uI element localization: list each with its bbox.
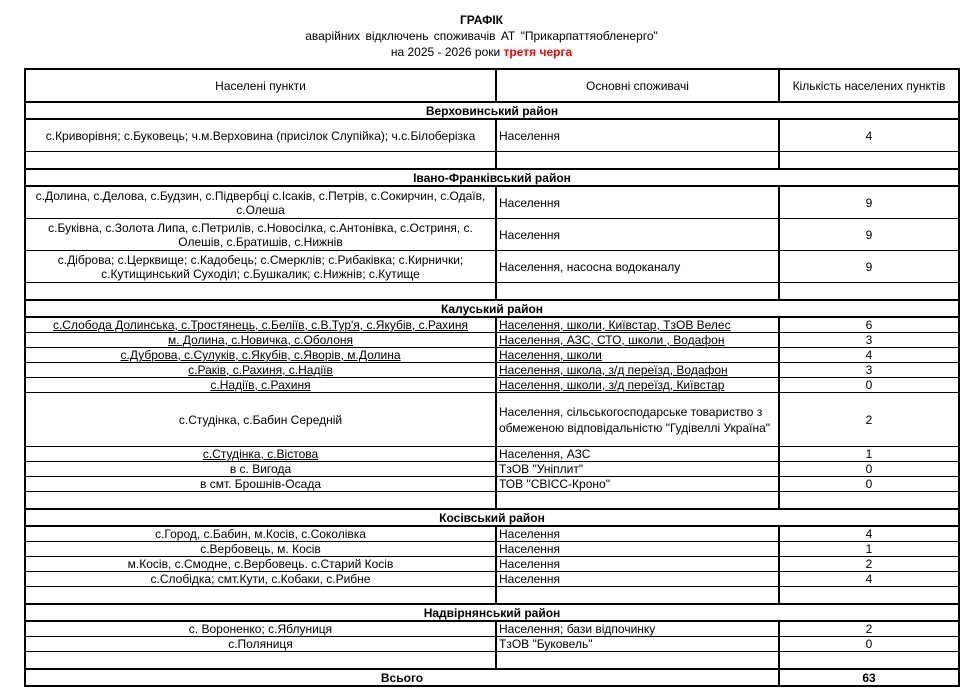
spacer-row (25, 587, 959, 605)
total-row: Всього 63 (25, 669, 959, 686)
settlements-cell: в смт. Брошнів-Осада (25, 477, 496, 492)
consumers-cell: Населення, АЗС (496, 447, 779, 462)
settlements-cell: с.Долина, с.Делова, с.Будзин, с.Підвербц… (25, 186, 496, 219)
consumers-cell: Населення (496, 219, 779, 251)
settlements-cell: м.Косів, с.Смодне, с.Вербовець. с.Старий… (25, 557, 496, 572)
consumers-cell: Населення (496, 526, 779, 542)
settlements-cell: с.Город, с.Бабин, м.Косів, с.Соколівка (25, 526, 496, 542)
settlements-cell: с.Раків, с.Рахиня, с.Надіїв (25, 363, 496, 378)
settlements-cell: с.Діброва; с.Церквище; с.Кадобець; с.Сме… (25, 251, 496, 283)
empty-cell (496, 492, 779, 510)
table-header-row: Населені пункти Основні споживачі Кількі… (25, 69, 959, 102)
settlements-cell: с.Дуброва, с.Сулуків, с.Якубів, с.Яворів… (25, 348, 496, 363)
count-cell: 2 (779, 557, 959, 572)
document-title: ГРАФІК (0, 13, 963, 28)
settlements-cell: с.Слобода Долинська, с.Тростянець, с.Бел… (25, 317, 496, 333)
empty-cell (25, 652, 496, 670)
settlements-cell: с.Вербовець, м. Косів (25, 542, 496, 557)
count-cell: 1 (779, 542, 959, 557)
count-cell: 1 (779, 447, 959, 462)
table-row: с.Город, с.Бабин, м.Косів, с.Соколівка Н… (25, 526, 959, 542)
count-cell: 0 (779, 637, 959, 652)
empty-cell (496, 587, 779, 605)
spacer-row (25, 492, 959, 510)
settlements-cell: м. Долина, с.Новичка, с.Оболоня (25, 333, 496, 348)
table-row: с.Діброва; с.Церквище; с.Кадобець; с.Сме… (25, 251, 959, 283)
consumers-cell: Населення, насосна водоканалу (496, 251, 779, 283)
spacer-row (25, 652, 959, 670)
count-cell: 3 (779, 333, 959, 348)
total-label: Всього (25, 669, 779, 686)
settlements-cell: в с. Вигода (25, 462, 496, 477)
empty-cell (779, 652, 959, 670)
table-row: в с. Вигода ТзОВ "Уніплит" 0 (25, 462, 959, 477)
count-cell: 6 (779, 317, 959, 333)
district-name: Калуський район (25, 300, 959, 317)
settlements-cell: с.Надіїв, с.Рахиня (25, 378, 496, 393)
count-cell: 4 (779, 572, 959, 587)
consumers-cell: Населення, школи (496, 348, 779, 363)
spacer-row (25, 152, 959, 170)
table-row: с.Поляниця ТзОВ "Буковель" 0 (25, 637, 959, 652)
count-cell: 9 (779, 219, 959, 251)
table-row: с.Криворівня; с.Буковець; ч.м.Верховина … (25, 119, 959, 152)
count-cell: 4 (779, 119, 959, 152)
count-cell: 4 (779, 348, 959, 363)
consumers-cell: Населення (496, 542, 779, 557)
district-name: Надвірнянський район (25, 604, 959, 621)
empty-cell (779, 587, 959, 605)
district-row: Косівський район (25, 509, 959, 526)
district-row: Івано-Франківський район (25, 169, 959, 186)
settlements-cell: с.Криворівня; с.Буковець; ч.м.Верховина … (25, 119, 496, 152)
table-row: с.Студінка, с.Вістова Населення, АЗС 1 (25, 447, 959, 462)
empty-cell (25, 283, 496, 301)
settlements-cell: с.Буківна, с.Золота Липа, с.Петрилів, с.… (25, 219, 496, 251)
consumers-cell: ТзОВ "Уніплит" (496, 462, 779, 477)
district-row: Верховинський район (25, 102, 959, 119)
table-row: с.Надіїв, с.Рахиня Населення, школи, з/д… (25, 378, 959, 393)
consumers-cell: Населення (496, 119, 779, 152)
settlements-cell: с.Слобідка; смт.Кути, с.Кобаки, с.Рибне (25, 572, 496, 587)
count-cell: 9 (779, 251, 959, 283)
table-row: с.Студінка, с.Бабин Середній Населення, … (25, 393, 959, 447)
outage-schedule-table: Населені пункти Основні споживачі Кількі… (24, 68, 960, 687)
count-cell: 0 (779, 462, 959, 477)
empty-cell (779, 283, 959, 301)
count-cell: 9 (779, 186, 959, 219)
count-cell: 3 (779, 363, 959, 378)
settlements-cell: с. Вороненко; с.Яблуниця (25, 621, 496, 637)
column-header-count: Кількість населених пунктів (779, 69, 959, 102)
consumers-cell: ТОВ "СВІСС-Кроно" (496, 477, 779, 492)
consumers-cell: Населення, школи, Київстар, ТзОВ Велес (496, 317, 779, 333)
consumers-cell: Населення, школа, з/д переїзд, Водафон (496, 363, 779, 378)
document-period: на 2025 - 2026 роки третя черга (0, 45, 963, 60)
district-name: Івано-Франківський район (25, 169, 959, 186)
queue-label: третя черга (504, 45, 573, 59)
count-cell: 2 (779, 621, 959, 637)
empty-cell (779, 152, 959, 170)
table-body: Верховинський район с.Криворівня; с.Буко… (25, 102, 959, 686)
consumers-cell: ТзОВ "Буковель" (496, 637, 779, 652)
count-cell: 0 (779, 378, 959, 393)
consumers-cell: Населення (496, 557, 779, 572)
empty-cell (25, 492, 496, 510)
table-row: м. Долина, с.Новичка, с.Оболоня Населенн… (25, 333, 959, 348)
table-row: с.Слобідка; смт.Кути, с.Кобаки, с.Рибне … (25, 572, 959, 587)
table-row: с.Вербовець, м. Косів Населення 1 (25, 542, 959, 557)
empty-cell (496, 652, 779, 670)
column-header-consumers: Основні споживачі (496, 69, 779, 102)
empty-cell (25, 587, 496, 605)
table-row: с.Раків, с.Рахиня, с.Надіїв Населення, ш… (25, 363, 959, 378)
spacer-row (25, 283, 959, 301)
total-value: 63 (779, 669, 959, 686)
consumers-cell: Населення, АЗС, СТО, школи , Водафон (496, 333, 779, 348)
settlements-cell: с.Студінка, с.Бабин Середній (25, 393, 496, 447)
period-text: на 2025 - 2026 роки (391, 45, 504, 59)
count-cell: 0 (779, 477, 959, 492)
table-row: с. Вороненко; с.Яблуниця Населення; бази… (25, 621, 959, 637)
empty-cell (496, 152, 779, 170)
table-row: м.Косів, с.Смодне, с.Вербовець. с.Старий… (25, 557, 959, 572)
table-row: с.Долина, с.Делова, с.Будзин, с.Підвербц… (25, 186, 959, 219)
district-row: Надвірнянський район (25, 604, 959, 621)
settlements-cell: с.Поляниця (25, 637, 496, 652)
table-row: с.Дуброва, с.Сулуків, с.Якубів, с.Яворів… (25, 348, 959, 363)
table-row: с.Буківна, с.Золота Липа, с.Петрилів, с.… (25, 219, 959, 251)
settlements-cell: с.Студінка, с.Вістова (25, 447, 496, 462)
consumers-cell: Населення, сільськогосподарське товарист… (496, 393, 779, 447)
count-cell: 2 (779, 393, 959, 447)
consumers-cell: Населення; бази відпочинку (496, 621, 779, 637)
empty-cell (496, 283, 779, 301)
document-subtitle: аварійних відключень споживачів АТ "Прик… (0, 29, 963, 44)
district-row: Калуський район (25, 300, 959, 317)
district-name: Косівський район (25, 509, 959, 526)
empty-cell (25, 152, 496, 170)
district-name: Верховинський район (25, 102, 959, 119)
table-row: в смт. Брошнів-Осада ТОВ "СВІСС-Кроно" 0 (25, 477, 959, 492)
consumers-cell: Населення, школи, з/д переїзд, Київстар (496, 378, 779, 393)
empty-cell (779, 492, 959, 510)
column-header-settlements: Населені пункти (25, 69, 496, 102)
consumers-cell: Населення (496, 186, 779, 219)
table-row: с.Слобода Долинська, с.Тростянець, с.Бел… (25, 317, 959, 333)
consumers-cell: Населення (496, 572, 779, 587)
count-cell: 4 (779, 526, 959, 542)
